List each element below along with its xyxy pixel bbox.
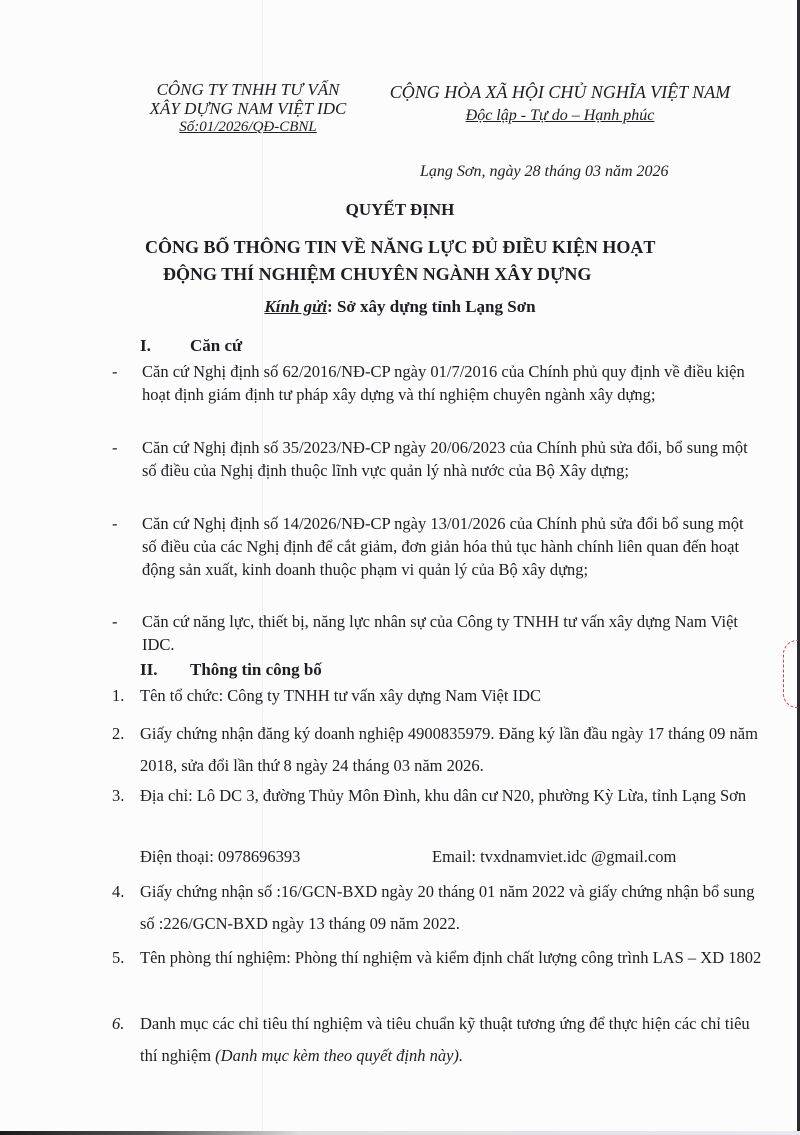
company-name-line2: XÂY DỰNG NAM VIỆT IDC bbox=[110, 99, 386, 118]
info-item-certificates: 4. Giấy chứng nhận số :16/GCN-BXD ngày 2… bbox=[112, 876, 762, 940]
item-text-note: (Danh mục kèm theo quyết định này). bbox=[215, 1046, 463, 1065]
basis-text: Căn cứ Nghị định số 14/2026/NĐ-CP ngày 1… bbox=[142, 512, 752, 581]
item-number: 4. bbox=[112, 876, 124, 908]
red-stamp-fragment bbox=[783, 640, 798, 708]
item-text: Giấy chứng nhận đăng ký doanh nghiệp 490… bbox=[140, 718, 762, 782]
info-item-test-list: 6. Danh mục các chỉ tiêu thí nghiệm và t… bbox=[112, 1008, 762, 1072]
subtitle-line2: ĐỘNG THÍ NGHIỆM CHUYÊN NGÀNH XÂY DỰNG bbox=[145, 261, 745, 288]
phone-text: Điện thoại: 0978696393 bbox=[140, 847, 300, 866]
item-number: 2. bbox=[112, 718, 124, 750]
item-text: Tên phòng thí nghiệm: Phòng thí nghiệm v… bbox=[140, 942, 762, 974]
document-title: QUYẾT ĐỊNH bbox=[0, 200, 800, 220]
item-text: Danh mục các chỉ tiêu thí nghiệm và tiêu… bbox=[140, 1008, 762, 1072]
item-number: 6. bbox=[112, 1008, 124, 1040]
item-text: Giấy chứng nhận số :16/GCN-BXD ngày 20 t… bbox=[140, 876, 762, 940]
item-number: 5. bbox=[112, 942, 124, 974]
national-header: CỘNG HÒA XÃ HỘI CHỦ NGHĨA VIỆT NAM Độc l… bbox=[360, 80, 760, 128]
document-number: Số:01/2026/QĐ-CBNL bbox=[110, 118, 386, 137]
item-number: 1. bbox=[112, 680, 124, 712]
company-header: CÔNG TY TNHH TƯ VẤN XÂY DỰNG NAM VIỆT ID… bbox=[110, 80, 386, 137]
basis-item: - Căn cứ Nghị định số 62/2016/NĐ-CP ngày… bbox=[112, 360, 752, 406]
section-1-heading: I.Căn cứ bbox=[140, 336, 242, 356]
basis-text: Căn cứ Nghị định số 35/2023/NĐ-CP ngày 2… bbox=[142, 436, 752, 482]
bullet-marker: - bbox=[112, 512, 118, 535]
date-line: Lạng Sơn, ngày 28 tháng 03 năm 2026 bbox=[420, 163, 669, 181]
info-item-laboratory: 5. Tên phòng thí nghiệm: Phòng thí nghiệ… bbox=[112, 942, 762, 974]
section-1-title: Căn cứ bbox=[190, 336, 242, 355]
document-subtitle: CÔNG BỐ THÔNG TIN VỀ NĂNG LỰC ĐỦ ĐIỀU KI… bbox=[145, 234, 745, 288]
recipient-value: : Sở xây dựng tỉnh Lạng Sơn bbox=[327, 297, 536, 316]
section-2-heading: II.Thông tin công bố bbox=[140, 660, 322, 680]
basis-item: - Căn cứ Nghị định số 35/2023/NĐ-CP ngày… bbox=[112, 436, 752, 482]
item-number: 3. bbox=[112, 780, 124, 812]
basis-text: Căn cứ năng lực, thiết bị, năng lực nhân… bbox=[142, 610, 752, 656]
bullet-marker: - bbox=[112, 610, 118, 633]
section-2-number: II. bbox=[140, 660, 190, 680]
subtitle-line1: CÔNG BỐ THÔNG TIN VỀ NĂNG LỰC ĐỦ ĐIỀU KI… bbox=[145, 234, 745, 261]
bullet-marker: - bbox=[112, 436, 118, 459]
basis-item: - Căn cứ năng lực, thiết bị, năng lực nh… bbox=[112, 610, 752, 656]
item-text: Địa chỉ: Lô DC 3, đường Thủy Môn Đình, k… bbox=[140, 780, 762, 812]
email-text: Email: tvxdnamviet.idc @gmail.com bbox=[432, 847, 676, 867]
info-item-address: 3. Địa chỉ: Lô DC 3, đường Thủy Môn Đình… bbox=[112, 780, 762, 812]
scanned-document-page: CÔNG TY TNHH TƯ VẤN XÂY DỰNG NAM VIỆT ID… bbox=[0, 0, 800, 1135]
info-item-organization: 1. Tên tổ chức: Công ty TNHH tư vấn xây … bbox=[112, 680, 762, 712]
bullet-marker: - bbox=[112, 360, 118, 383]
section-1-number: I. bbox=[140, 336, 190, 356]
national-motto: Độc lập - Tự do – Hạnh phúc bbox=[360, 104, 760, 128]
info-item-registration: 2. Giấy chứng nhận đăng ký doanh nghiệp … bbox=[112, 718, 762, 782]
basis-text: Căn cứ Nghị định số 62/2016/NĐ-CP ngày 0… bbox=[142, 360, 752, 406]
section-2-title: Thông tin công bố bbox=[190, 660, 322, 679]
recipient-line: Kính gửi: Sở xây dựng tỉnh Lạng Sơn bbox=[0, 297, 800, 317]
company-name-line1: CÔNG TY TNHH TƯ VẤN bbox=[110, 80, 386, 99]
nation-name: CỘNG HÒA XÃ HỘI CHỦ NGHĨA VIỆT NAM bbox=[360, 80, 760, 104]
contact-line: Điện thoại: 0978696393 Email: tvxdnamvie… bbox=[140, 847, 720, 867]
item-text: Tên tổ chức: Công ty TNHH tư vấn xây dựn… bbox=[140, 680, 762, 712]
recipient-label: Kính gửi bbox=[264, 297, 327, 316]
basis-item: - Căn cứ Nghị định số 14/2026/NĐ-CP ngày… bbox=[112, 512, 752, 581]
scan-edge-bottom bbox=[0, 1131, 800, 1135]
